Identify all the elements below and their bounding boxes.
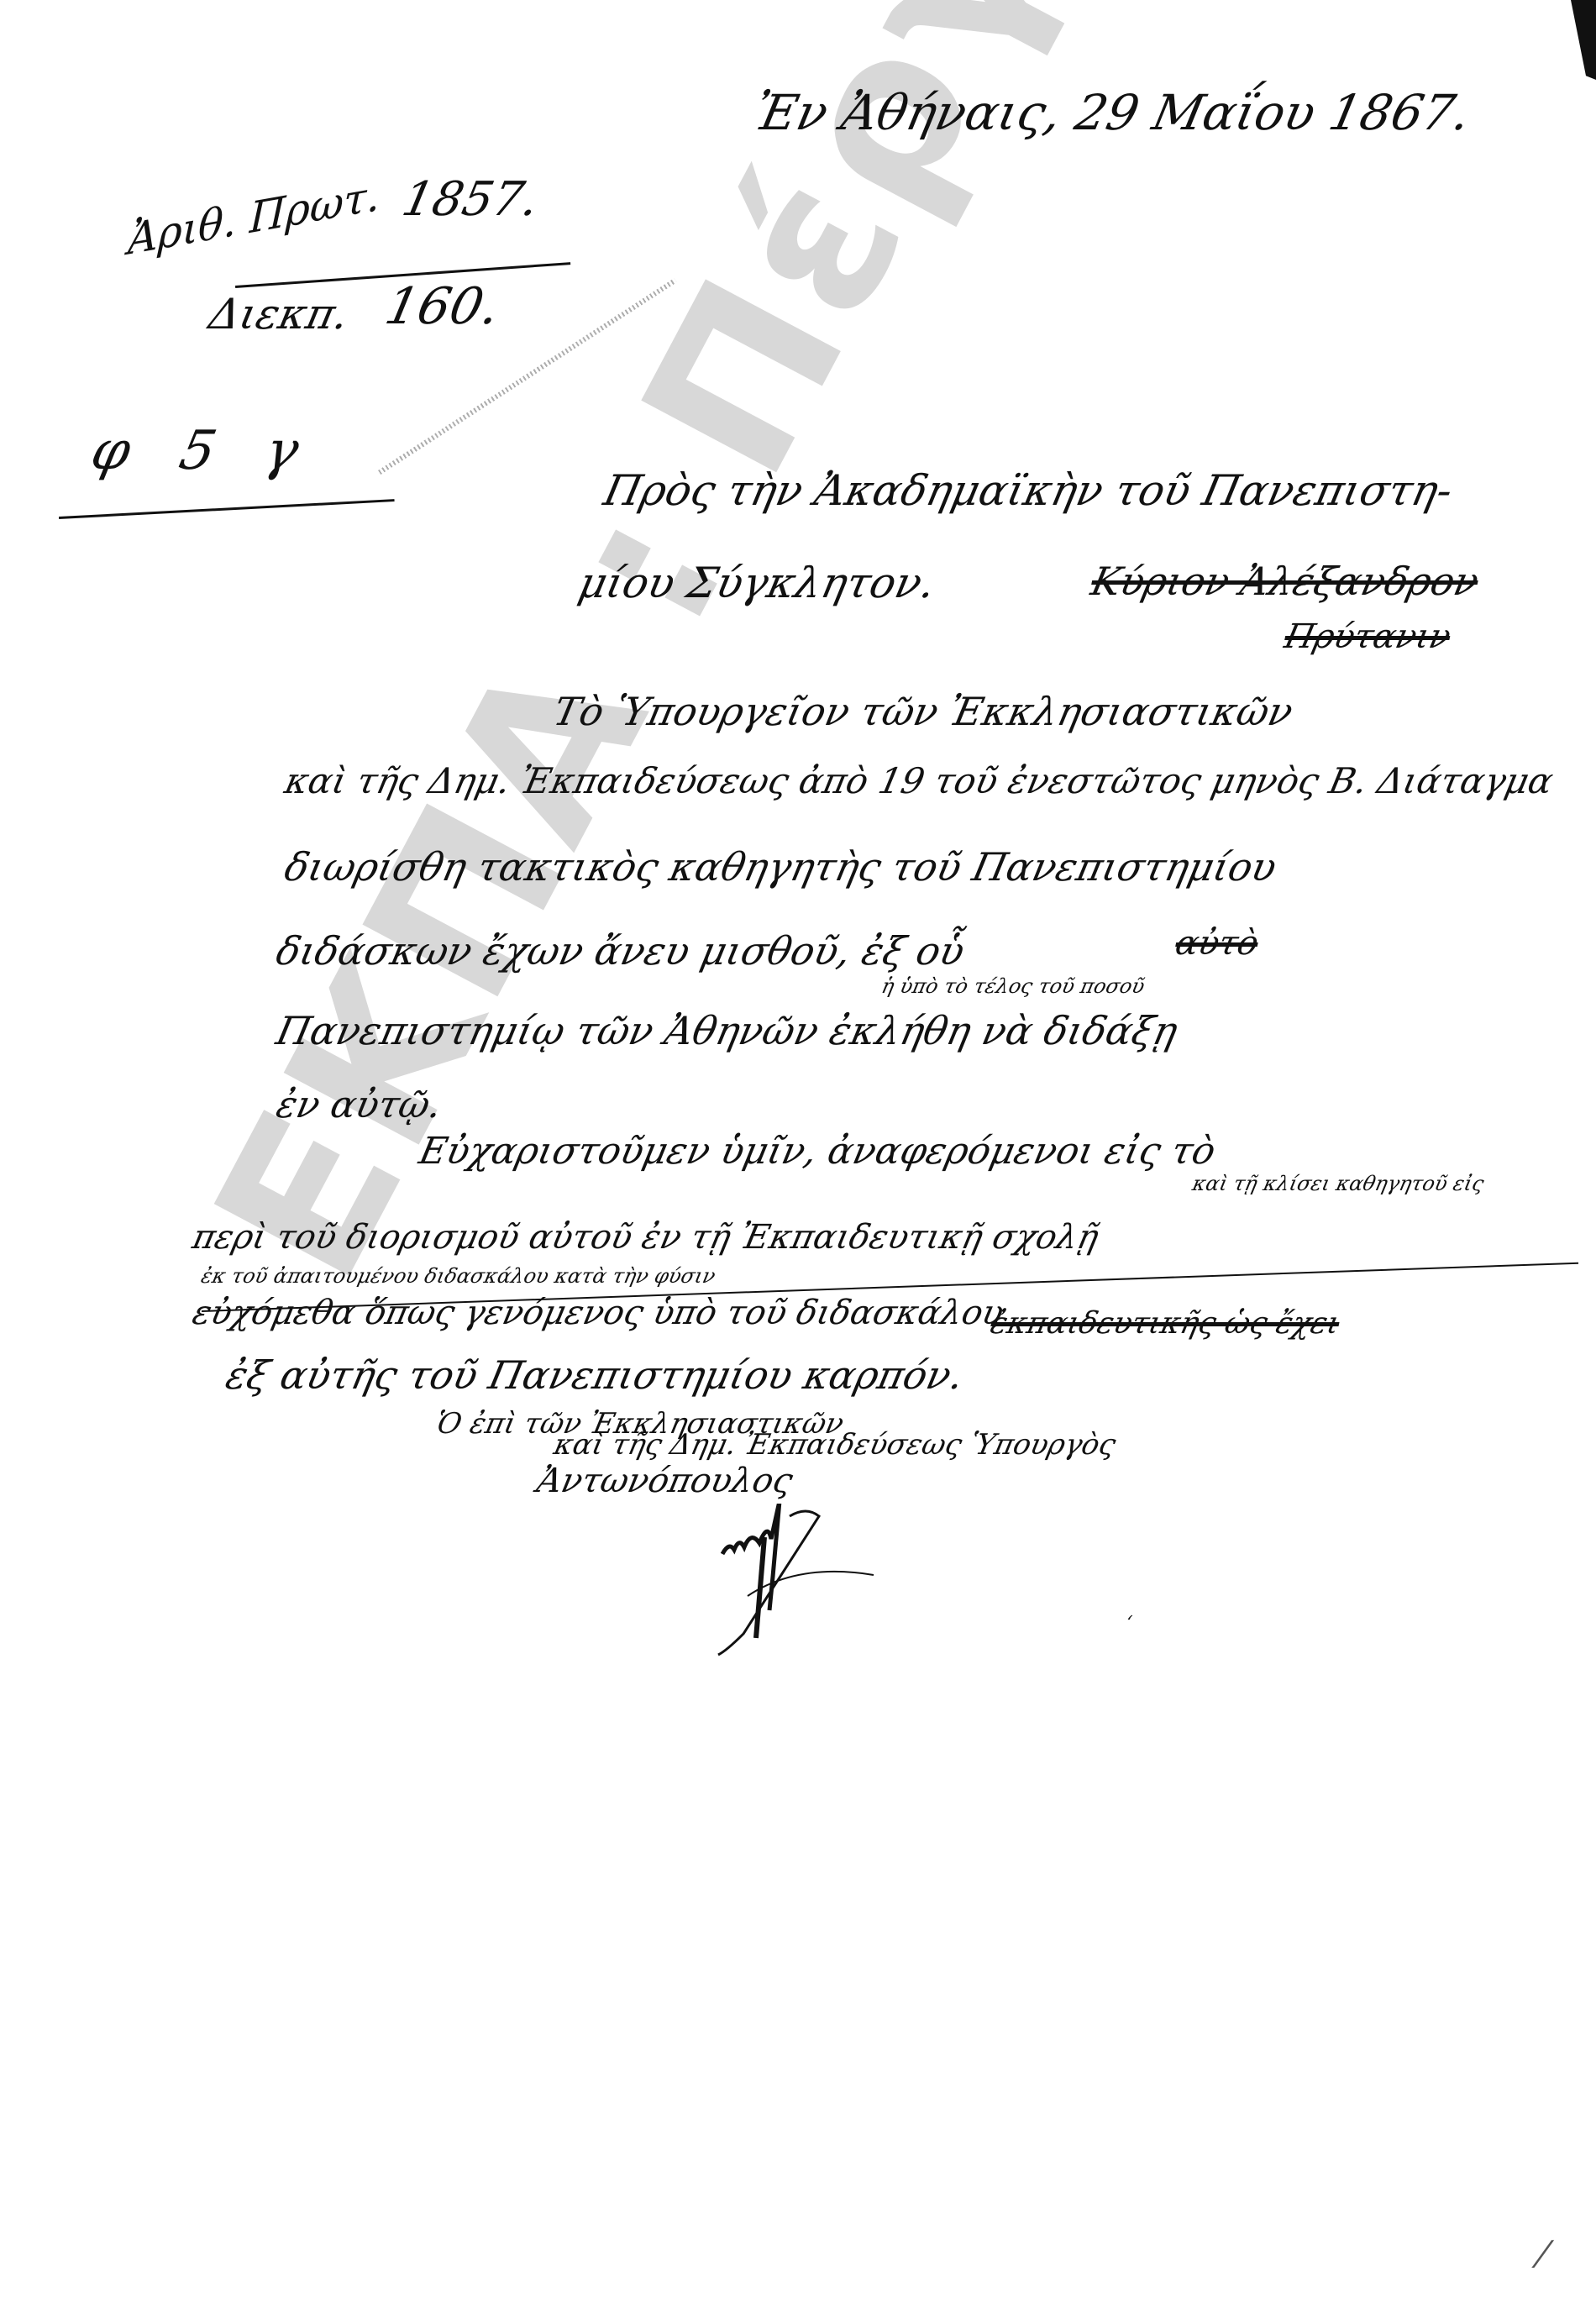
struck-word: αὐτὸ xyxy=(1172,924,1262,963)
body-line: καὶ τῆς Δημ. Ἐκπαιδεύσεως ἀπὸ 19 τοῦ ἐνε… xyxy=(281,760,1557,801)
body-line: ἐξ αὐτῆς τοῦ Πανεπιστημίου καρπόν. xyxy=(222,1352,968,1398)
body-line: εὐχόμεθα ὅπως γενόμενος ὑπὸ τοῦ διδασκάλ… xyxy=(189,1294,1007,1332)
addressee-line-1: Πρὸς τὴν Ἀκαδημαϊκὴν τοῦ Πανεπιστη- xyxy=(600,466,1457,515)
scan-edge-shadow xyxy=(1571,0,1596,80)
addressee-line-2: μίου Σύγκλητον. xyxy=(575,559,940,607)
dispatch-label: Διεκπ. xyxy=(205,290,353,339)
corner-mark: / xyxy=(1533,2234,1552,2273)
scanned-letter-page: ΕΚΠΑ : Πέργαμος Ἐν Ἀθήναις, 29 Μαΐου 186… xyxy=(0,0,1596,2310)
place-date: Ἐν Ἀθήναις, 29 Μαΐου 1867. xyxy=(750,84,1476,141)
body-line: Εὐχαριστοῦμεν ὑμῖν, ἀναφερόμενοι εἰς τὸ xyxy=(416,1130,1220,1173)
closing-line: καὶ τῆς Δημ. Ἐκπαιδεύσεως Ὑπουργὸς xyxy=(551,1428,1119,1462)
interlinear-note: ἡ ὑπὸ τὸ τέλος τοῦ ποσοῦ xyxy=(879,974,1147,998)
addressee-struck-below: Πρύτανιν xyxy=(1281,617,1454,656)
folio-mark: φ 5 γ xyxy=(86,420,321,482)
interlinear-note: καὶ τῇ κλίσει καθηγητοῦ εἰς xyxy=(1190,1172,1486,1195)
closing-line: Ἀντωνόπουλος xyxy=(533,1462,796,1500)
body-line: περὶ τοῦ διορισμοῦ αὐτοῦ ἐν τῇ Ἐκπαιδευτ… xyxy=(189,1218,1102,1257)
dispatch-number: 160. xyxy=(381,277,505,336)
body-line: διωρίσθη τακτικὸς καθηγητὴς τοῦ Πανεπιστ… xyxy=(281,844,1280,890)
body-line: Τὸ Ὑπουργεῖον τῶν Ἐκκλησιαστικῶν xyxy=(549,689,1297,734)
folio-underline xyxy=(59,499,395,519)
struck-line: ἐκπαιδευτικῆς ὡς ἔχει xyxy=(988,1306,1343,1341)
signature-flourish-icon xyxy=(714,1504,932,1663)
body-line: ἐν αὐτῷ. xyxy=(273,1084,446,1126)
ink-speck: ‘ xyxy=(1123,1613,1133,1634)
protocol-number: 1857. xyxy=(397,172,543,227)
addressee-struck-text: Κύριον Ἀλέξανδρον xyxy=(1087,559,1483,604)
body-line: διδάσκων ἔχων ἄνευ μισθοῦ, ἐξ οὗ xyxy=(272,928,969,974)
protocol-label: Ἀριθ. Πρωτ. xyxy=(127,171,381,265)
interlinear-note: ἐκ τοῦ ἀπαιτουμένου διδασκάλου κατὰ τὴν … xyxy=(199,1264,717,1288)
body-line: Πανεπιστημίῳ τῶν Ἀθηνῶν ἐκλήθη νὰ διδάξῃ xyxy=(272,1008,1182,1053)
